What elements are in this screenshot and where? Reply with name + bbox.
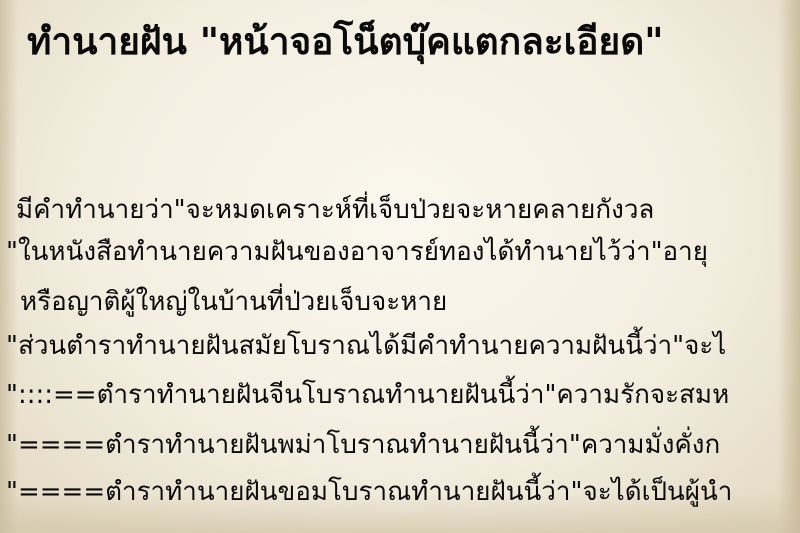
text-line-4: "ส่วนตำราทำนายฝันสมัยโบราณได้มีคำทำนายคว…	[6, 326, 726, 366]
text-line-2: "ในหนังสือทำนายความฝันของอาจารย์ทองได้ทำ…	[6, 232, 708, 272]
paper-edge-right	[778, 0, 800, 533]
text-line-1: มีคำทำนายว่า"จะหมดเคราะห์ที่เจ็บป่วยจะหา…	[16, 190, 654, 230]
page-title: ทำนายฝัน "หน้าจอโน็ตบุ๊คแตกละเอียด"	[27, 12, 664, 72]
text-line-7: "====ตำราทำนายฝันขอมโบราณทำนายฝันนี้ว่า"…	[6, 472, 732, 512]
text-line-3: หรือญาติผู้ใหญ่ในบ้านที่ป่วยเจ็บจะหาย	[20, 282, 447, 322]
text-line-5: "::::==ตำราทำนายฝันจีนโบราณทำนายฝันนี้ว่…	[6, 375, 729, 415]
text-line-6: "====ตำราทำนายฝันพม่าโบราณทำนายฝันนี้ว่า…	[6, 425, 720, 465]
